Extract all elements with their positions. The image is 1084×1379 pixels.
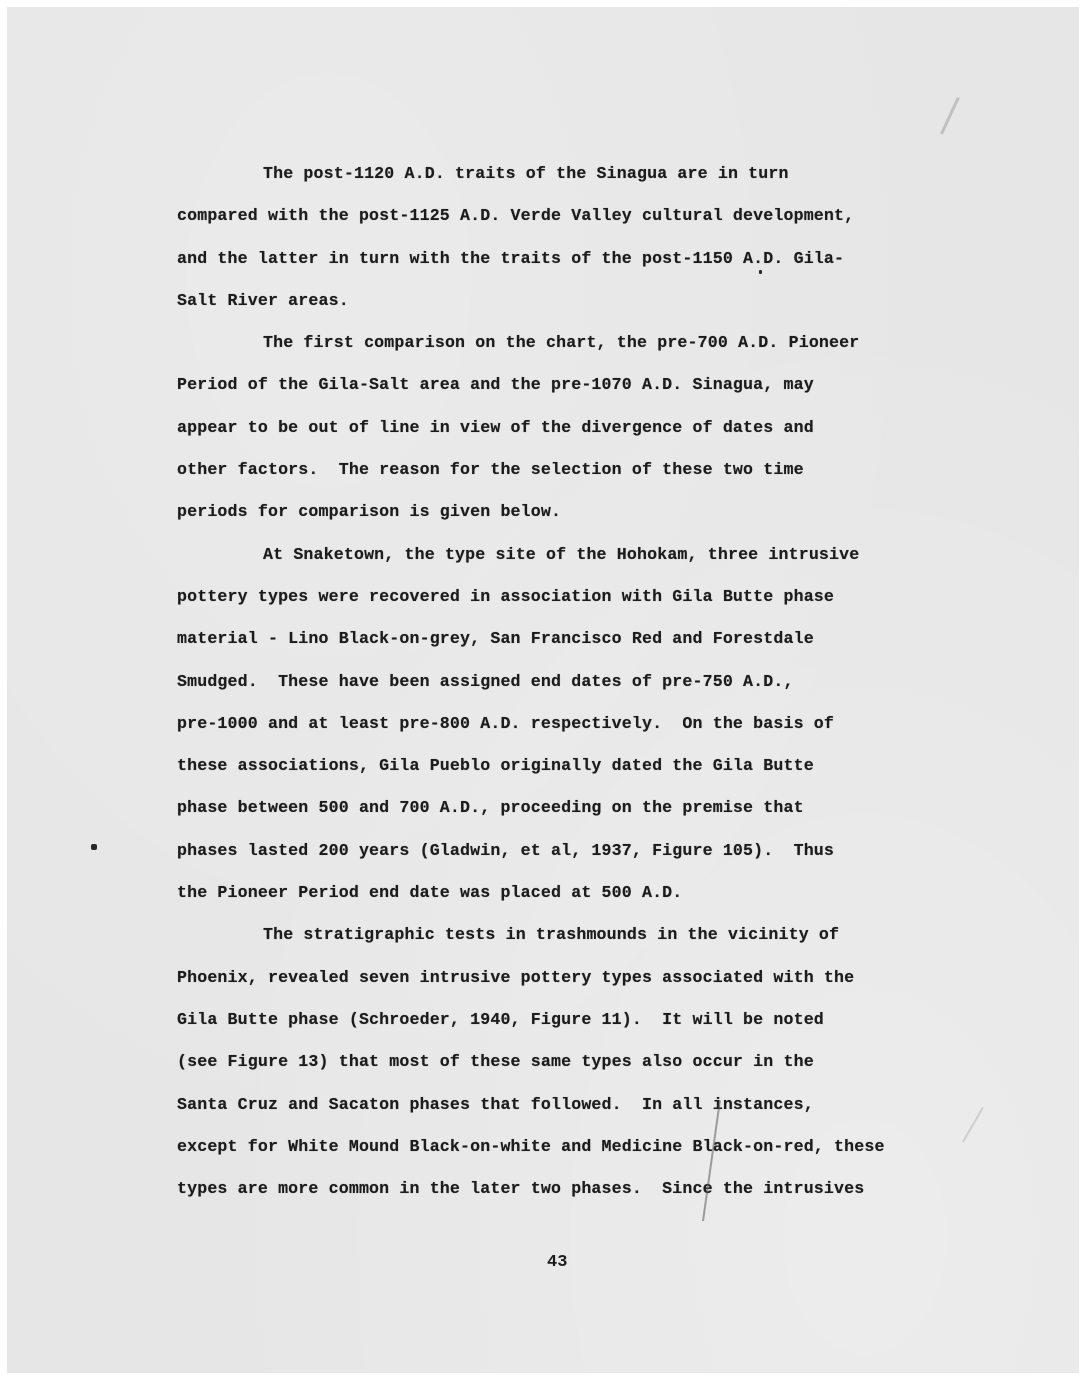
text-line: The stratigraphic tests in trashmounds i… bbox=[177, 914, 937, 956]
text-line: Period of the Gila-Salt area and the pre… bbox=[177, 364, 937, 406]
pencil-stroke bbox=[962, 1107, 984, 1143]
text-line: Salt River areas. bbox=[177, 280, 937, 322]
text-line: and the latter in turn with the traits o… bbox=[177, 238, 937, 280]
text-line: except for White Mound Black-on-white an… bbox=[177, 1126, 937, 1168]
text-line: phase between 500 and 700 A.D., proceedi… bbox=[177, 787, 937, 829]
text-line: these associations, Gila Pueblo original… bbox=[177, 745, 937, 787]
text-line: (see Figure 13) that most of these same … bbox=[177, 1041, 937, 1083]
text-line: phases lasted 200 years (Gladwin, et al,… bbox=[177, 830, 937, 872]
text-line: pre-1000 and at least pre-800 A.D. respe… bbox=[177, 703, 937, 745]
text-line: material - Lino Black-on-grey, San Franc… bbox=[177, 618, 937, 660]
text-line: the Pioneer Period end date was placed a… bbox=[177, 872, 937, 914]
text-line: Gila Butte phase (Schroeder, 1940, Figur… bbox=[177, 999, 937, 1041]
text-line: Smudged. These have been assigned end da… bbox=[177, 661, 937, 703]
scanned-page: The post-1120 A.D. traits of the Sinagua… bbox=[7, 7, 1079, 1373]
body-text: The post-1120 A.D. traits of the Sinagua… bbox=[177, 153, 937, 1210]
text-line: At Snaketown, the type site of the Hohok… bbox=[177, 534, 937, 576]
text-line: other factors. The reason for the select… bbox=[177, 449, 937, 491]
text-line: periods for comparison is given below. bbox=[177, 491, 937, 533]
text-line: The first comparison on the chart, the p… bbox=[177, 322, 937, 364]
text-line: compared with the post-1125 A.D. Verde V… bbox=[177, 195, 937, 237]
text-line: appear to be out of line in view of the … bbox=[177, 407, 937, 449]
text-line: The post-1120 A.D. traits of the Sinagua… bbox=[177, 153, 937, 195]
ink-spot bbox=[91, 844, 97, 850]
text-line: Santa Cruz and Sacaton phases that follo… bbox=[177, 1084, 937, 1126]
ink-speck bbox=[759, 270, 762, 274]
text-line: Phoenix, revealed seven intrusive potter… bbox=[177, 957, 937, 999]
pencil-stroke bbox=[940, 97, 960, 135]
text-line: types are more common in the later two p… bbox=[177, 1168, 937, 1210]
page-number: 43 bbox=[547, 1253, 567, 1272]
text-line: pottery types were recovered in associat… bbox=[177, 576, 937, 618]
